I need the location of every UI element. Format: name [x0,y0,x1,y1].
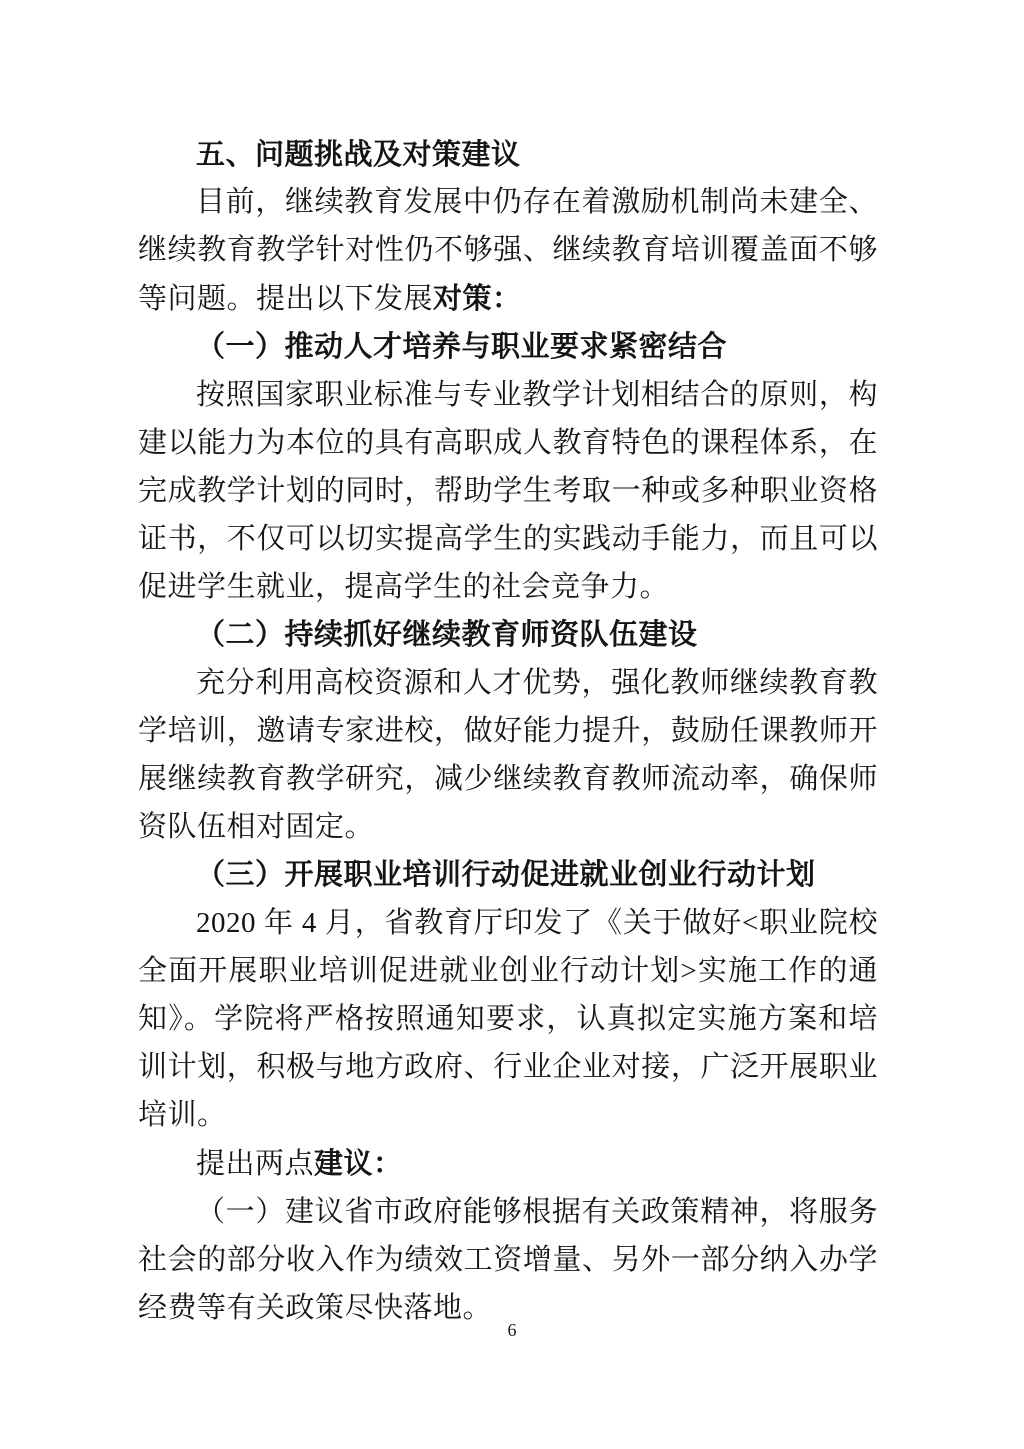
document-page: 五、问题挑战及对策建议 目前，继续教育发展中仍存在着激励机制尚未建全、继续教育教… [0,0,1024,1449]
section-heading: 五、问题挑战及对策建议 [138,130,878,178]
suggestion-1-body: （一）建议省市政府能够根据有关政策精神，将服务社会的部分收入作为绩效工资增量、另… [138,1188,878,1332]
suggestions-lead-paragraph: 提出两点建议： [138,1139,878,1188]
suggestions-lead-text: 提出两点 [196,1148,314,1180]
suggestions-bold-label: 建议： [314,1146,403,1180]
subsection-1-heading: （一）推动人才培养与职业要求紧密结合 [138,323,878,371]
intro-bold-label: 对策： [433,281,522,315]
subsection-2-heading: （二）持续抓好继续教育师资队伍建设 [138,611,878,659]
subsection-3-body: 2020 年 4 月，省教育厅印发了《关于做好<职业院校全面开展职业培训促进就业… [138,899,878,1139]
page-number: 6 [508,1320,517,1340]
subsection-1-body: 按照国家职业标准与专业教学计划相结合的原则，构建以能力为本位的具有高职成人教育特… [138,371,878,611]
document-body: 五、问题挑战及对策建议 目前，继续教育发展中仍存在着激励机制尚未建全、继续教育教… [138,130,878,1332]
page-footer: 6 [0,1320,1024,1341]
subsection-3-heading: （三）开展职业培训行动促进就业创业行动计划 [138,851,878,899]
intro-paragraph: 目前，继续教育发展中仍存在着激励机制尚未建全、继续教育教学针对性仍不够强、继续教… [138,178,878,323]
subsection-2-body: 充分利用高校资源和人才优势，强化教师继续教育教学培训，邀请专家进校，做好能力提升… [138,659,878,851]
